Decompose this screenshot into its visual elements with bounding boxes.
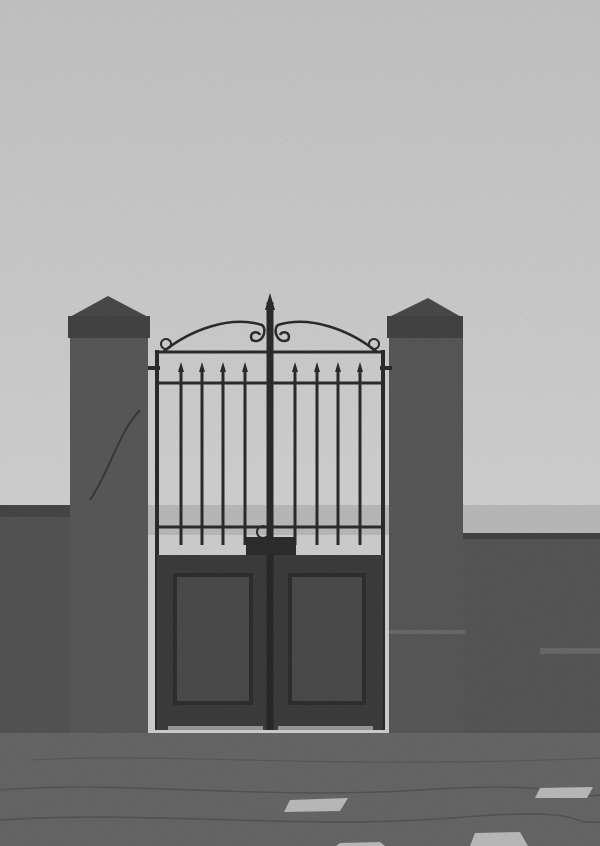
paved-ground <box>0 733 600 846</box>
gate-illustration <box>0 0 600 846</box>
scene <box>0 0 600 846</box>
right-pillar <box>387 298 465 733</box>
left-pillar <box>68 296 150 733</box>
left-wall <box>0 505 75 735</box>
right-wall <box>460 533 600 738</box>
gate-lower-panels <box>157 555 383 730</box>
